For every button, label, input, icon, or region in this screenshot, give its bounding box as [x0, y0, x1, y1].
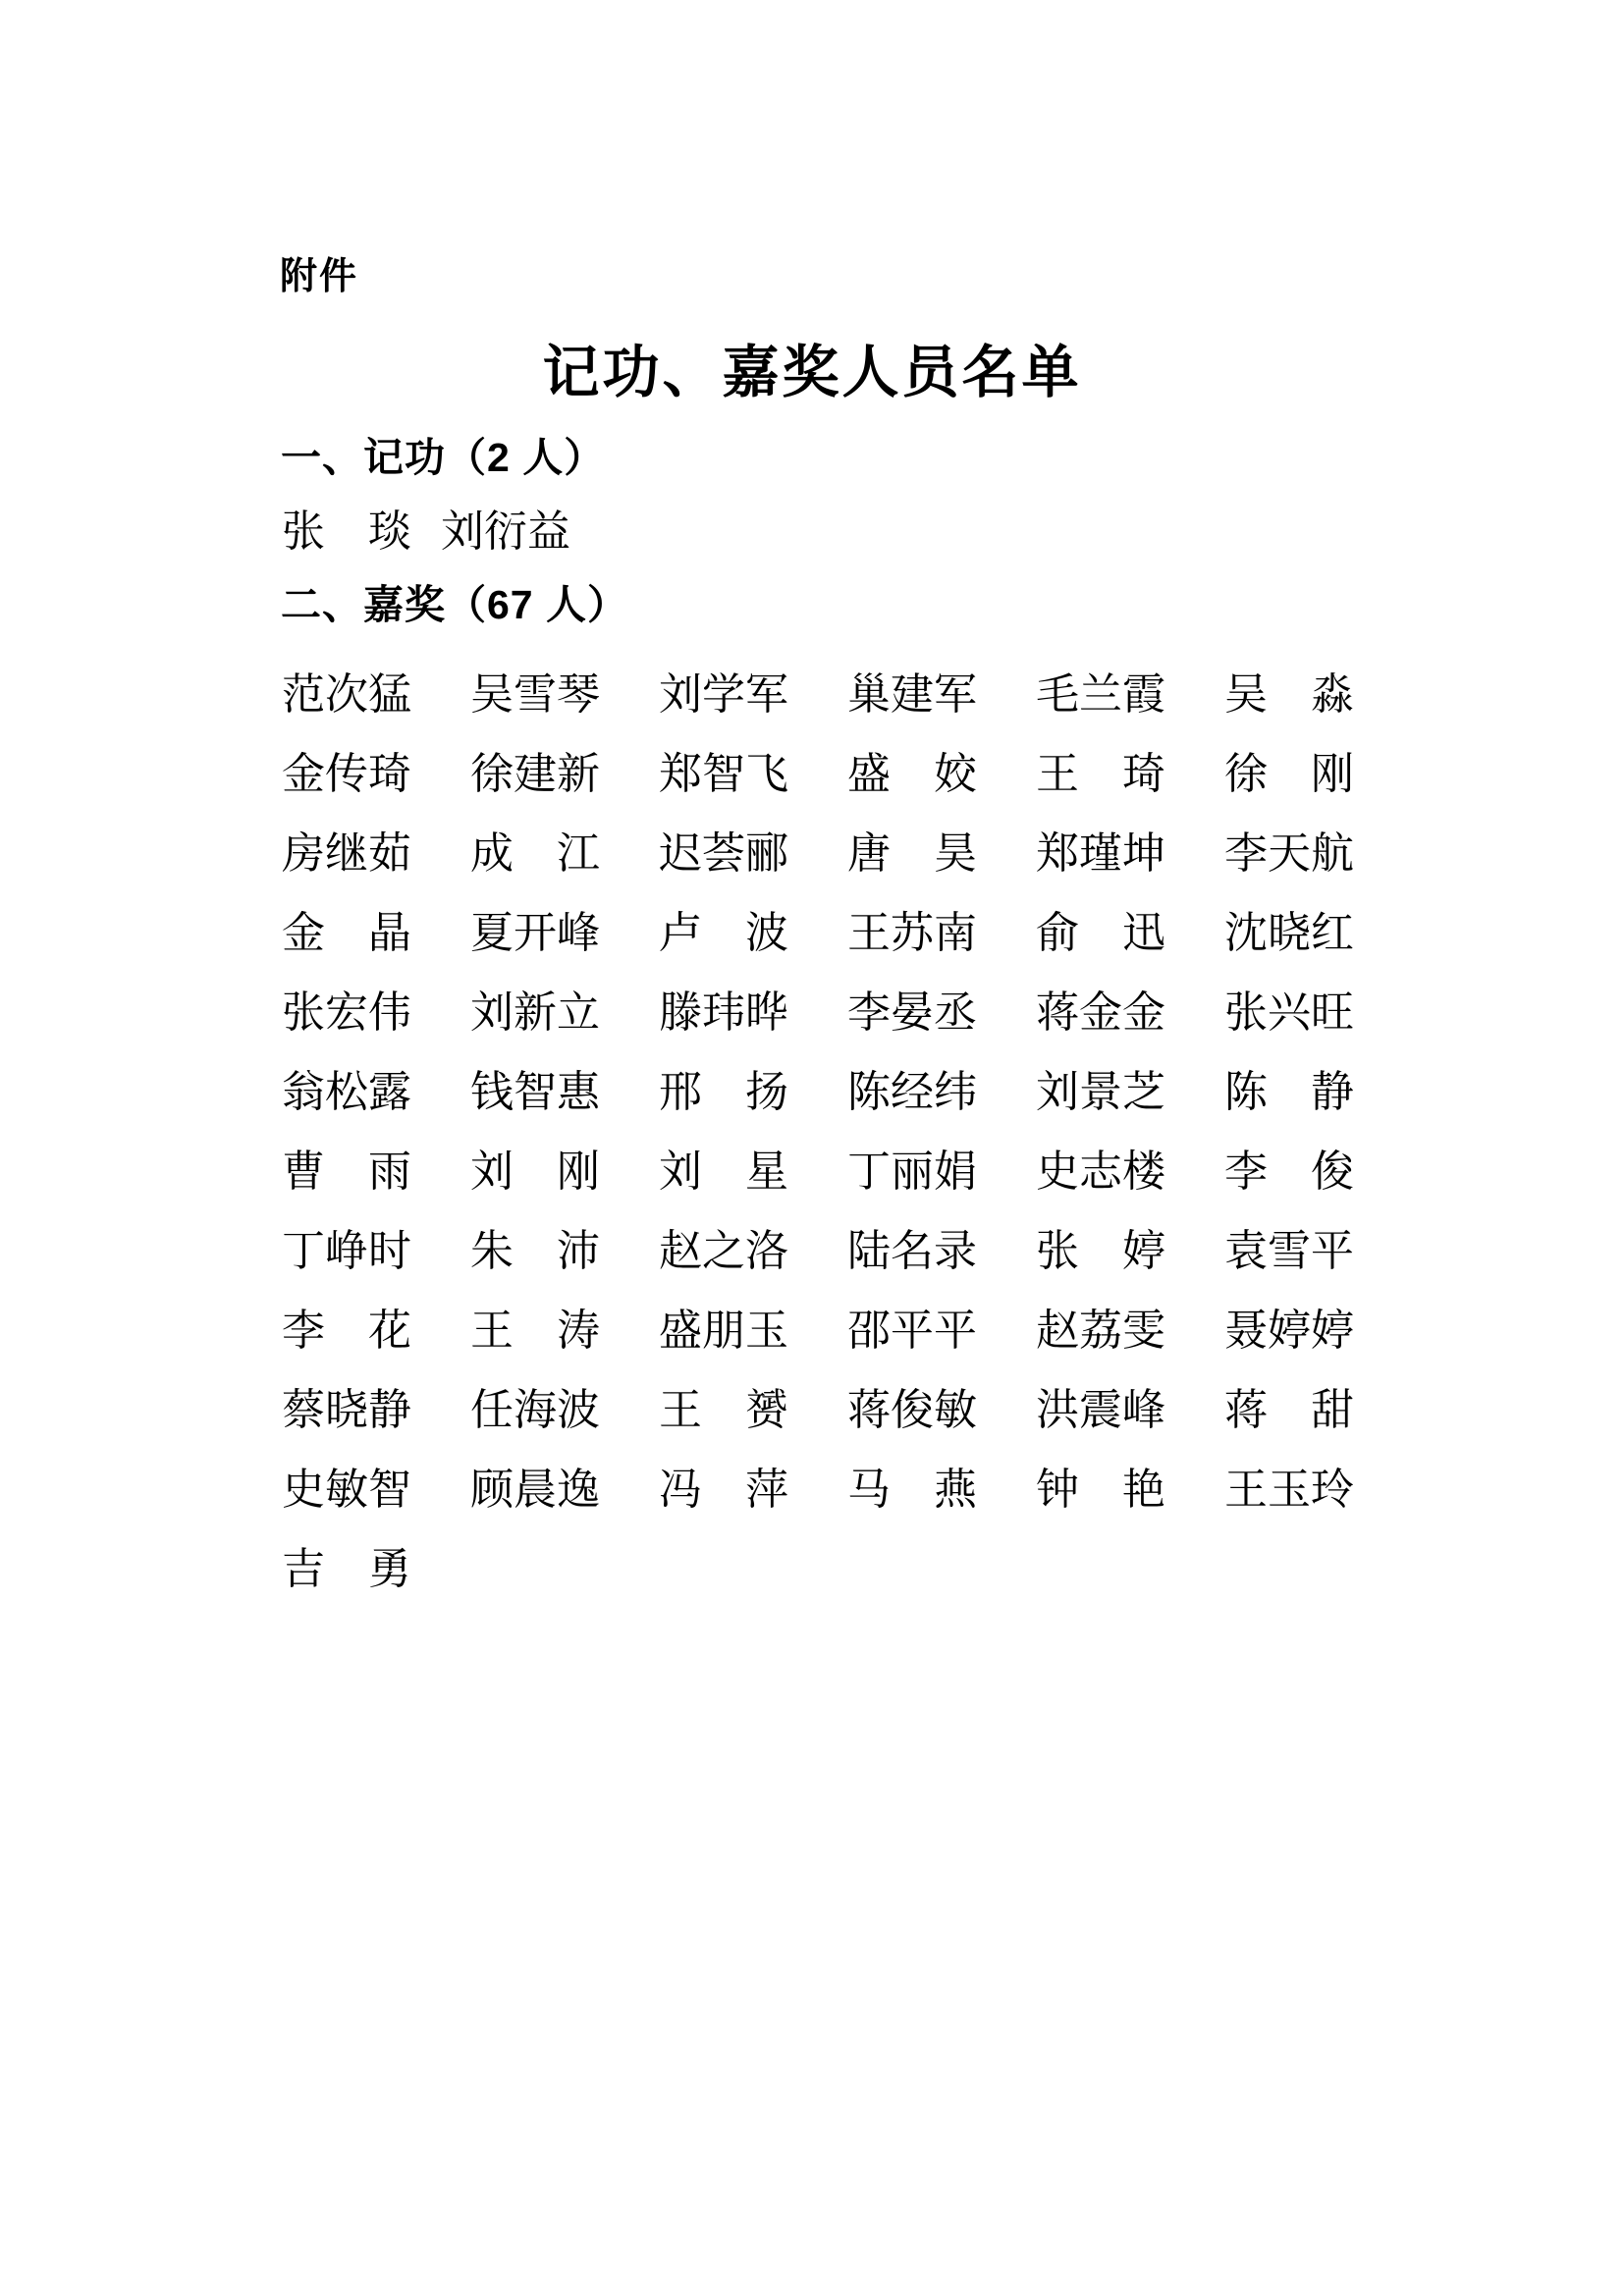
name-char: 涛: [557, 1308, 600, 1354]
name-char: 钟: [1036, 1467, 1079, 1513]
name-char: 王: [659, 1387, 702, 1433]
name-char: 任: [470, 1387, 514, 1433]
name-char: 袁: [1224, 1228, 1268, 1274]
name-char: 洪: [1036, 1387, 1079, 1433]
person-name: 盛朋玉: [659, 1308, 788, 1354]
name-char: 张: [1036, 1228, 1079, 1274]
person-name: 曹雨: [282, 1148, 411, 1195]
person-name: 陆名录: [847, 1228, 977, 1274]
name-char: 曹: [282, 1148, 325, 1195]
name-char: 蒋: [847, 1387, 891, 1433]
person-name: 朱沛: [470, 1228, 600, 1274]
name-char: 花: [368, 1308, 411, 1354]
name-char: 金: [1122, 989, 1165, 1036]
name-char: 吉: [282, 1546, 325, 1592]
person-name: 李俊: [1224, 1148, 1354, 1195]
name-char: 燕: [934, 1467, 977, 1513]
section-1-names: 张琰刘衍益: [282, 508, 570, 556]
name-char: 兴: [1268, 989, 1311, 1036]
name-char: 芝: [1122, 1069, 1165, 1115]
section-1-heading: 一、记功（2 人）: [281, 434, 605, 481]
name-char: 琴: [557, 671, 600, 718]
name-char: 迟: [659, 830, 702, 877]
person-name: 蔡晓静: [282, 1387, 411, 1433]
name-char: 刘: [1036, 1069, 1079, 1115]
name-char: 荟: [702, 830, 745, 877]
name-char: 峰: [1122, 1387, 1165, 1433]
name-char: 玉: [1268, 1467, 1311, 1513]
name-char: 传: [325, 751, 368, 797]
name-char: 娟: [934, 1148, 977, 1195]
name-char: 陈: [1224, 1069, 1268, 1115]
name-char: 聂: [1224, 1308, 1268, 1354]
name-char: 波: [745, 910, 788, 956]
person-name: 沈晓红: [1224, 910, 1354, 956]
name-char: 新: [557, 751, 600, 797]
name-char: 景: [1079, 1069, 1122, 1115]
name-char: 航: [1311, 830, 1354, 877]
name-char: 静: [368, 1387, 411, 1433]
name-char: 张: [282, 508, 325, 556]
name-char: 金: [1079, 989, 1122, 1036]
name-char: 张: [282, 989, 325, 1036]
person-name: 吴雪琴: [470, 671, 600, 718]
name-char: 荔: [1079, 1308, 1122, 1354]
person-name: 王涛: [470, 1308, 600, 1354]
name-char: 晓: [325, 1387, 368, 1433]
person-name: 范次猛: [282, 671, 411, 718]
name-char: 丁: [282, 1228, 325, 1274]
name-char: 伟: [368, 989, 411, 1036]
name-char: 军: [934, 671, 977, 718]
name-char: 艳: [1122, 1467, 1165, 1513]
name-char: 范: [282, 671, 325, 718]
name-char: 王: [1224, 1467, 1268, 1513]
person-name: 吉勇: [282, 1546, 411, 1592]
name-char: 巢: [847, 671, 891, 718]
name-char: 兰: [1079, 671, 1122, 718]
name-char: 飞: [745, 751, 788, 797]
name-char: 峰: [557, 910, 600, 956]
name-char: 纬: [934, 1069, 977, 1115]
name-char: 俞: [1036, 910, 1079, 956]
name-char: 敏: [325, 1467, 368, 1513]
person-name: 蒋俊敏: [847, 1387, 977, 1433]
person-name: 王苏南: [847, 910, 977, 956]
name-char: 成: [470, 830, 514, 877]
name-char: 俊: [1311, 1148, 1354, 1195]
name-char: 夏: [470, 910, 514, 956]
section-2-names-grid: 范次猛吴雪琴刘学军巢建军毛兰霞吴淼金传琦徐建新郑智飞盛姣王琦徐刚房继茹成江迟荟郦…: [282, 671, 1354, 1592]
person-name: 刘新立: [470, 989, 600, 1036]
name-char: 迅: [1122, 910, 1165, 956]
person-name: 李天航: [1224, 830, 1354, 877]
attachment-label: 附件: [280, 255, 358, 298]
name-char: 军: [745, 671, 788, 718]
name-char: 朋: [702, 1308, 745, 1354]
name-char: 婷: [1268, 1308, 1311, 1354]
name-char: 邢: [659, 1069, 702, 1115]
person-name: 蒋甜: [1224, 1387, 1354, 1433]
name-char: 学: [702, 671, 745, 718]
name-char: 平: [1311, 1228, 1354, 1274]
name-char: 王: [847, 910, 891, 956]
person-name: 郑智飞: [659, 751, 788, 797]
person-name: 卢波: [659, 910, 788, 956]
name-char: 红: [1311, 910, 1354, 956]
name-char: 建: [891, 671, 934, 718]
name-char: 茹: [368, 830, 411, 877]
person-name: 夏开峰: [470, 910, 600, 956]
name-char: 雪: [1268, 1228, 1311, 1274]
person-name: 袁雪平: [1224, 1228, 1354, 1274]
person-name: 邵平平: [847, 1308, 977, 1354]
name-char: 丞: [934, 989, 977, 1036]
person-name: 王琦: [1036, 751, 1165, 797]
name-char: 盛: [847, 751, 891, 797]
name-char: 敏: [934, 1387, 977, 1433]
name-char: 李: [282, 1308, 325, 1354]
name-char: 郑: [1036, 830, 1079, 877]
person-name: 赵荔雯: [1036, 1308, 1165, 1354]
name-char: 蒋: [1224, 1387, 1268, 1433]
name-char: 徐: [470, 751, 514, 797]
person-name: 金传琦: [282, 751, 411, 797]
name-char: 琦: [368, 751, 411, 797]
name-char: 峥: [325, 1228, 368, 1274]
name-char: 丁: [847, 1148, 891, 1195]
person-name: 丁丽娟: [847, 1148, 977, 1195]
name-char: 滕: [659, 989, 702, 1036]
person-name: 王赟: [659, 1387, 788, 1433]
person-name: 成江: [470, 830, 600, 877]
person-name: 刘刚: [470, 1148, 600, 1195]
person-name: 郑瑾坤: [1036, 830, 1165, 877]
name-char: 蒋: [1036, 989, 1079, 1036]
name-char: 张: [1224, 989, 1268, 1036]
name-char: 海: [514, 1387, 557, 1433]
name-char: 南: [934, 910, 977, 956]
name-char: 洛: [745, 1228, 788, 1274]
person-name: 吴淼: [1224, 671, 1354, 718]
name-char: 雪: [514, 671, 557, 718]
person-name: 钱智惠: [470, 1069, 600, 1115]
name-char: 天: [1268, 830, 1311, 877]
name-char: 萍: [745, 1467, 788, 1513]
person-name: 翁松露: [282, 1069, 411, 1115]
name-char: 李: [1224, 830, 1268, 877]
person-name: 聂婷婷: [1224, 1308, 1354, 1354]
person-name: 史敏智: [282, 1467, 411, 1513]
person-name: 任海波: [470, 1387, 600, 1433]
person-name: 刘景芝: [1036, 1069, 1165, 1115]
name-char: 蔡: [282, 1387, 325, 1433]
name-char: 刘: [470, 1148, 514, 1195]
person-name: 张婷: [1036, 1228, 1165, 1274]
name-char: 志: [1079, 1148, 1122, 1195]
name-char: 毛: [1036, 671, 1079, 718]
name-char: 王: [1036, 751, 1079, 797]
section-2-heading: 二、嘉奖（67 人）: [281, 581, 628, 628]
name-char: 松: [325, 1069, 368, 1115]
name-char: 名: [891, 1228, 934, 1274]
name-char: 平: [891, 1308, 934, 1354]
person-name: 李花: [282, 1308, 411, 1354]
name-char: 露: [368, 1069, 411, 1115]
name-char: 邵: [847, 1308, 891, 1354]
person-name: 蒋金金: [1036, 989, 1165, 1036]
name-char: 玉: [745, 1308, 788, 1354]
name-char: 晔: [745, 989, 788, 1036]
person-name: 刘学军: [659, 671, 788, 718]
person-name: 刘星: [659, 1148, 788, 1195]
person-name: 滕玮晔: [659, 989, 788, 1036]
name-char: 瑾: [1079, 830, 1122, 877]
person-name: 冯萍: [659, 1467, 788, 1513]
name-char: 静: [1311, 1069, 1354, 1115]
name-char: 翁: [282, 1069, 325, 1115]
name-char: 刚: [1311, 751, 1354, 797]
name-char: 猛: [368, 671, 411, 718]
name-char: 盛: [659, 1308, 702, 1354]
name-char: 雨: [368, 1148, 411, 1195]
person-name: 巢建军: [847, 671, 977, 718]
name-char: 淼: [1311, 671, 1354, 718]
name-char: 马: [847, 1467, 891, 1513]
person-name: 徐建新: [470, 751, 600, 797]
name-char: 刘: [441, 508, 484, 556]
name-char: 赵: [659, 1228, 702, 1274]
name-char: 刚: [557, 1148, 600, 1195]
name-char: 刘: [659, 671, 702, 718]
person-name: 马燕: [847, 1467, 977, 1513]
name-char: 惠: [557, 1069, 600, 1115]
name-char: 姣: [934, 751, 977, 797]
name-char: 星: [745, 1148, 788, 1195]
name-char: 扬: [745, 1069, 788, 1115]
name-char: 唐: [847, 830, 891, 877]
name-char: 史: [282, 1467, 325, 1513]
name-char: 震: [1079, 1387, 1122, 1433]
person-name: 丁峥时: [282, 1228, 411, 1274]
name-char: 衍: [484, 508, 527, 556]
name-char: 郑: [659, 751, 702, 797]
person-name: 毛兰霞: [1036, 671, 1165, 718]
name-char: 益: [527, 508, 570, 556]
name-char: 钱: [470, 1069, 514, 1115]
name-char: 智: [368, 1467, 411, 1513]
name-char: 建: [514, 751, 557, 797]
name-char: 金: [282, 751, 325, 797]
name-char: 俊: [891, 1387, 934, 1433]
person-name: 邢扬: [659, 1069, 788, 1115]
name-char: 波: [557, 1387, 600, 1433]
name-char: 智: [702, 751, 745, 797]
name-char: 雯: [1122, 1308, 1165, 1354]
name-char: 赵: [1036, 1308, 1079, 1354]
name-char: 之: [702, 1228, 745, 1274]
name-char: 刘: [659, 1148, 702, 1195]
name-char: 晨: [514, 1467, 557, 1513]
name-char: 琰: [368, 508, 411, 556]
person-name: 唐昊: [847, 830, 977, 877]
person-name: 张宏伟: [282, 989, 411, 1036]
person-name: 迟荟郦: [659, 830, 788, 877]
name-char: 宏: [325, 989, 368, 1036]
name-char: 智: [514, 1069, 557, 1115]
name-char: 沈: [1224, 910, 1268, 956]
name-char: 赟: [745, 1387, 788, 1433]
name-char: 晏: [891, 989, 934, 1036]
person-name: 金晶: [282, 910, 411, 956]
name-char: 琦: [1122, 751, 1165, 797]
person-name: 陈静: [1224, 1069, 1354, 1115]
name-char: 立: [557, 989, 600, 1036]
name-char: 徐: [1224, 751, 1268, 797]
name-char: 开: [514, 910, 557, 956]
name-char: 史: [1036, 1148, 1079, 1195]
name-char: 平: [934, 1308, 977, 1354]
person-name: 赵之洛: [659, 1228, 788, 1274]
name-char: 朱: [470, 1228, 514, 1274]
name-char: 晶: [368, 910, 411, 956]
name-char: 卢: [659, 910, 702, 956]
name-char: 苏: [891, 910, 934, 956]
person-name: 顾晨逸: [470, 1467, 600, 1513]
name-char: 丽: [891, 1148, 934, 1195]
name-char: 冯: [659, 1467, 702, 1513]
person-name: 王玉玲: [1224, 1467, 1354, 1513]
name-char: 晓: [1268, 910, 1311, 956]
name-char: 玲: [1311, 1467, 1354, 1513]
name-char: 昊: [934, 830, 977, 877]
person-name: 俞迅: [1036, 910, 1165, 956]
person-name: 张兴旺: [1224, 989, 1354, 1036]
name-char: 李: [847, 989, 891, 1036]
name-char: 勇: [368, 1546, 411, 1592]
name-char: 李: [1224, 1148, 1268, 1195]
name-char: 甜: [1311, 1387, 1354, 1433]
name-char: 陈: [847, 1069, 891, 1115]
person-name: 史志楼: [1036, 1148, 1165, 1195]
person-name: 钟艳: [1036, 1467, 1165, 1513]
name-char: 经: [891, 1069, 934, 1115]
person-name: 徐刚: [1224, 751, 1354, 797]
name-char: 吴: [470, 671, 514, 718]
name-char: 时: [368, 1228, 411, 1274]
name-char: 金: [282, 910, 325, 956]
name-char: 郦: [745, 830, 788, 877]
document-title: 记功、嘉奖人员名单: [0, 334, 1624, 412]
name-char: 新: [514, 989, 557, 1036]
name-char: 逸: [557, 1467, 600, 1513]
person-name: 房继茹: [282, 830, 411, 877]
document-page: 附件 记功、嘉奖人员名单 一、记功（2 人） 张琰刘衍益 二、嘉奖（67 人） …: [0, 0, 1624, 2296]
name-char: 婷: [1122, 1228, 1165, 1274]
name-char: 玮: [702, 989, 745, 1036]
name-char: 王: [470, 1308, 514, 1354]
name-char: 录: [934, 1228, 977, 1274]
person-name: 李晏丞: [847, 989, 977, 1036]
person-name: 刘衍益: [441, 508, 570, 556]
name-char: 婷: [1311, 1308, 1354, 1354]
person-name: 张琰: [282, 508, 411, 556]
name-char: 顾: [470, 1467, 514, 1513]
name-char: 旺: [1311, 989, 1354, 1036]
name-char: 坤: [1122, 830, 1165, 877]
name-char: 沛: [557, 1228, 600, 1274]
person-name: 陈经纬: [847, 1069, 977, 1115]
name-char: 霞: [1122, 671, 1165, 718]
name-char: 吴: [1224, 671, 1268, 718]
person-name: 洪震峰: [1036, 1387, 1165, 1433]
name-char: 次: [325, 671, 368, 718]
name-char: 继: [325, 830, 368, 877]
name-char: 楼: [1122, 1148, 1165, 1195]
person-name: 盛姣: [847, 751, 977, 797]
name-char: 刘: [470, 989, 514, 1036]
name-char: 陆: [847, 1228, 891, 1274]
name-char: 江: [557, 830, 600, 877]
name-char: 房: [282, 830, 325, 877]
